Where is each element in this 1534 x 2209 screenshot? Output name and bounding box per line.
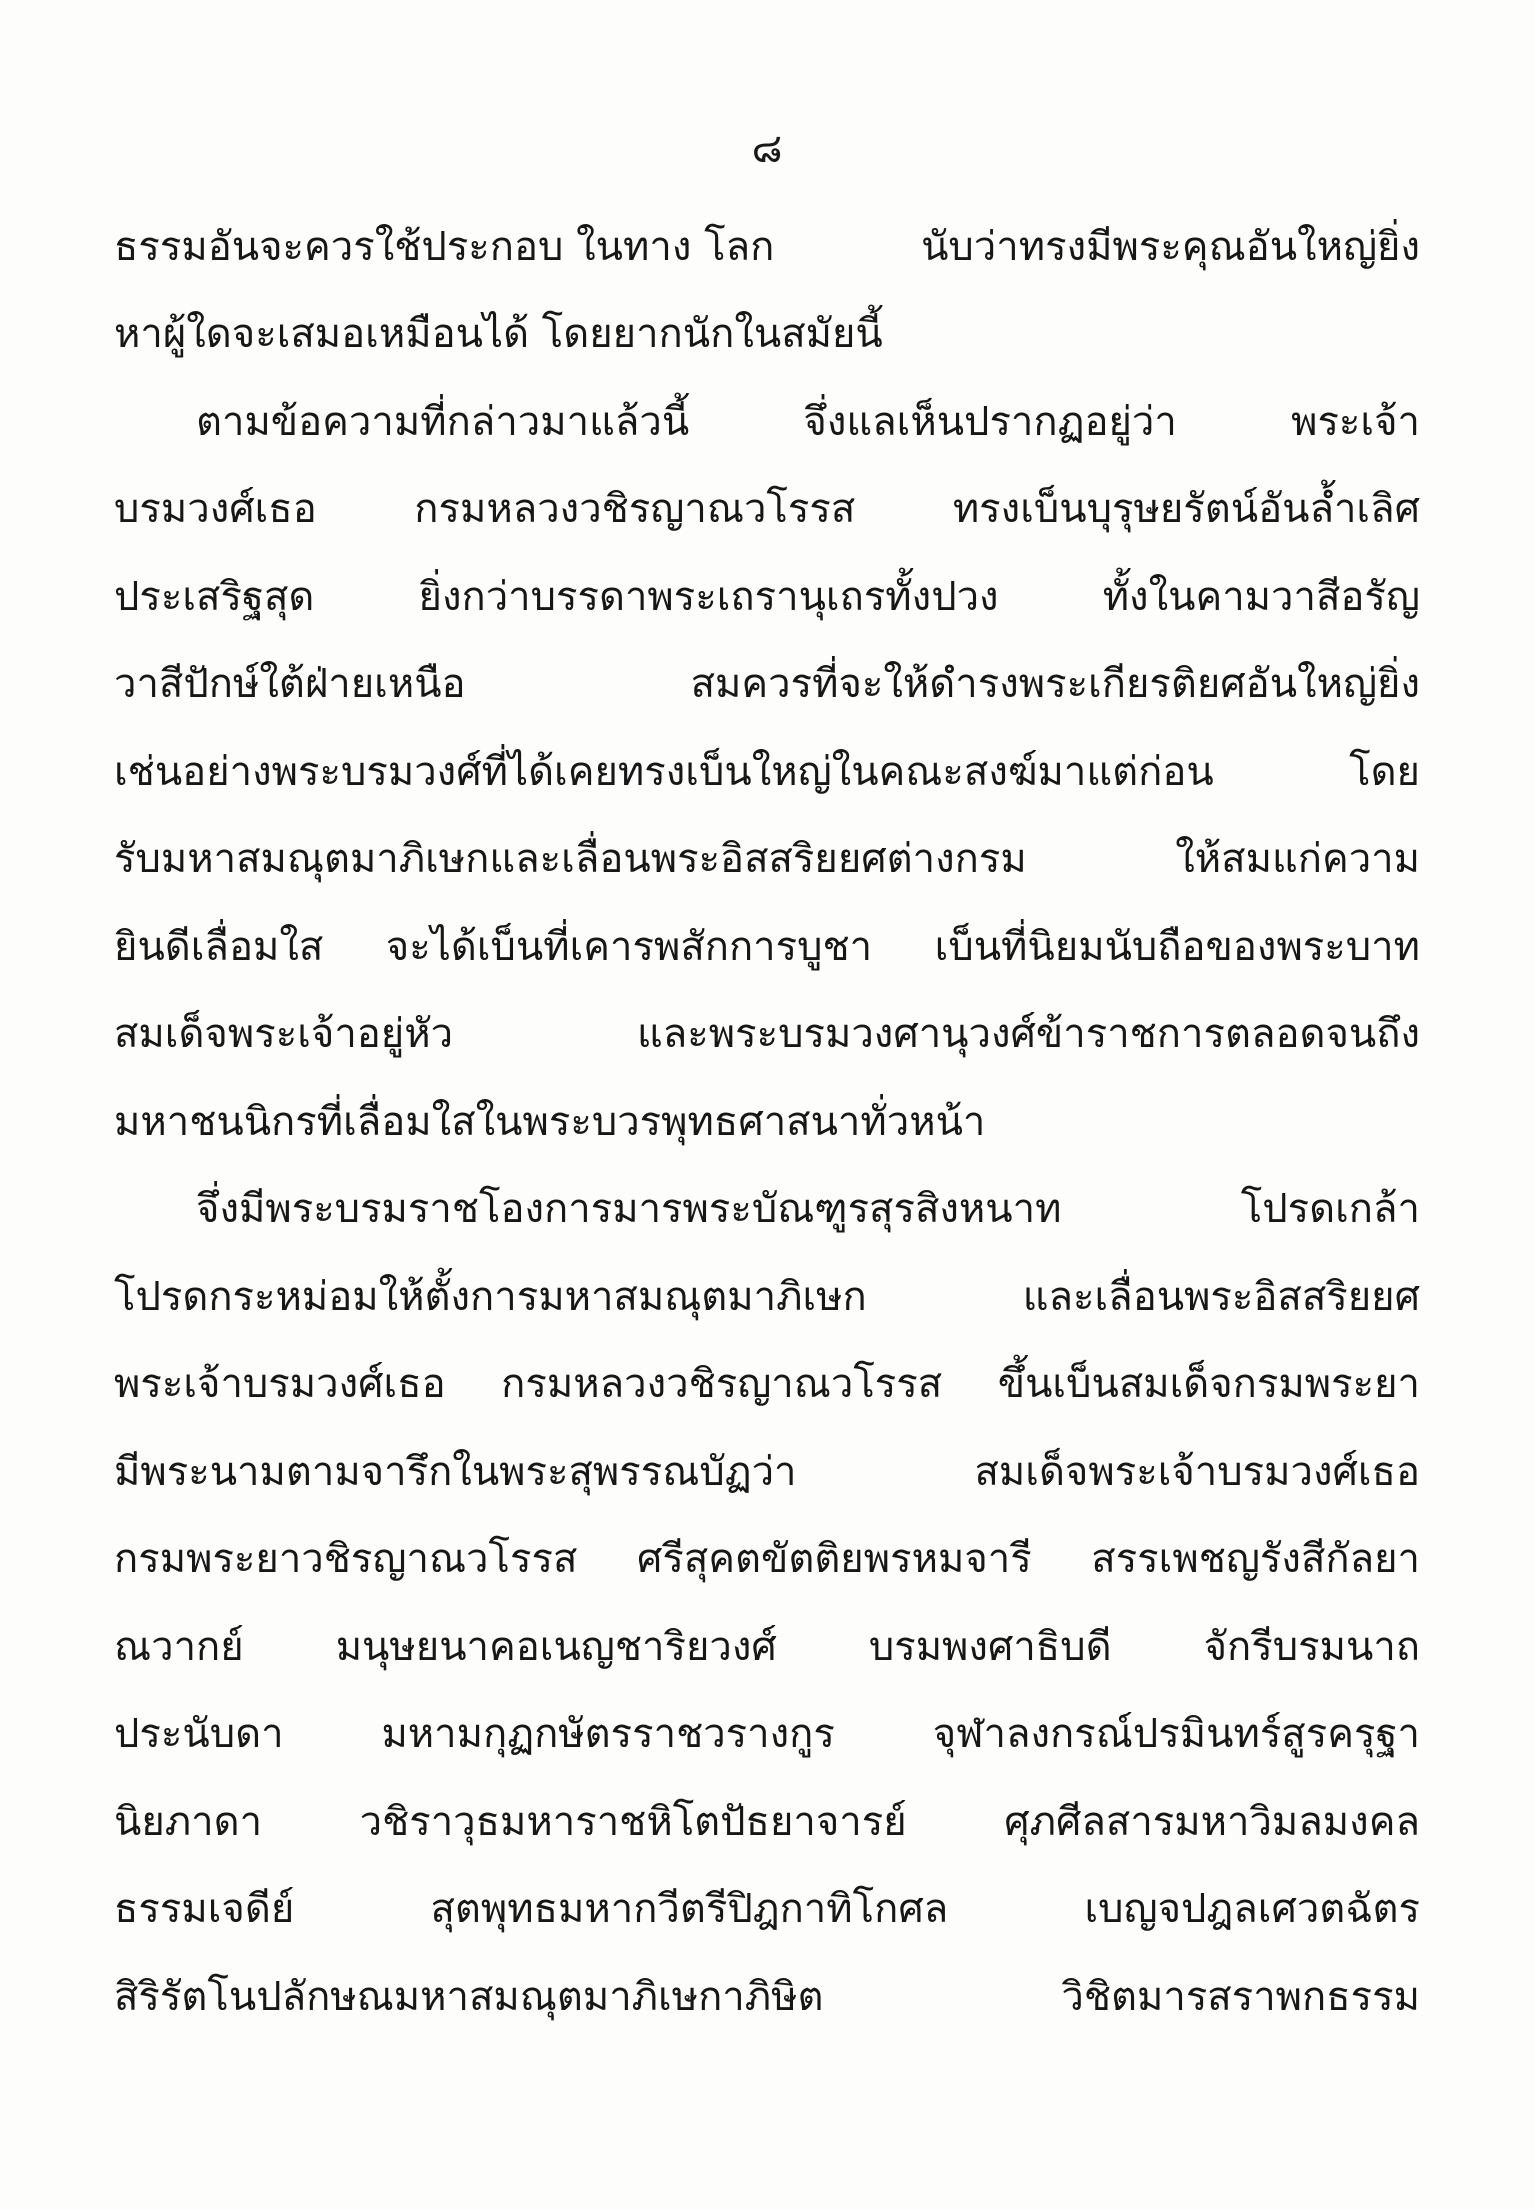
text-line: พระเจ้าบรมวงศ์เธอกรมหลวงวชิรญาณวโรรสขึ้น… [114, 1340, 1420, 1428]
text-segment: สรรเพชญรังสีกัลยา [1091, 1526, 1420, 1590]
text-segment: วาสีปักษ์ใต้ฝ่ายเหนือ [114, 651, 466, 715]
text-line: มีพระนามตามจารึกในพระสุพรรณบัฏว่าสมเด็จพ… [114, 1427, 1420, 1515]
text-segment: ขึ้นเบ็นสมเด็จกรมพระยา [998, 1351, 1420, 1415]
text-segment: โปรดกระหม่อมให้ตั้งการมหาสมณุตมาภิเษก [114, 1264, 867, 1328]
text-segment: นับว่าทรงมีพระคุณอันใหญ่ยิ่ง [921, 214, 1420, 278]
text-segment: มหาชนนิกรที่เลื่อมใสในพระบวรพุทธศาสนาทั่… [114, 1089, 985, 1153]
text-segment: สุตพุทธมหากวีตรีปิฎกาทิโกศล [430, 1876, 948, 1940]
text-segment: สมเด็จพระเจ้าบรมวงศ์เธอ [974, 1439, 1420, 1503]
text-segment: จึ่งมีพระบรมราชโองการมารพระบัณฑูรสุรสิงห… [196, 1176, 1061, 1240]
text-segment: บรมพงศาธิบดี [869, 1614, 1112, 1678]
text-segment: พระเจ้า [1291, 389, 1420, 453]
text-segment: ยิ่งกว่าบรรดาพระเถรานุเถรทั้งปวง [419, 564, 999, 628]
text-line: ประนับดามหามกุฏกษัตรราชวรางกูรจุฬาลงกรณ์… [114, 1690, 1420, 1778]
text-segment: จะได้เบ็นที่เคารพสักการบูชา [386, 914, 872, 978]
text-segment: มหามกุฏกษัตรราชวรางกูร [381, 1701, 834, 1765]
text-segment: โดย [1349, 739, 1420, 803]
text-line: บรมวงศ์เธอกรมหลวงวชิรญาณวโรรสทรงเบ็นบุรุ… [114, 465, 1420, 553]
text-line: หาผู้ใดจะเสมอเหมือนได้ โดยยากนักในสมัยนี… [114, 290, 1420, 378]
text-segment: ณวากย์ [114, 1614, 244, 1678]
text-segment: ประเสริฐสุด [114, 564, 314, 628]
page-number: ๘ [114, 118, 1420, 180]
text-segment: ธรรมอันจะควรใช้ประกอบ ในทาง โลก [114, 214, 774, 278]
text-segment: กรมหลวงวชิรญาณวโรรส [414, 476, 855, 540]
text-segment: วชิราวุธมหาราชหิโตปัธยาจารย์ [360, 1789, 907, 1853]
text-line: ธรรมเจดีย์สุตพุทธมหากวีตรีปิฎกาทิโกศลเบญ… [114, 1865, 1420, 1953]
text-segment: ประนับดา [114, 1701, 284, 1765]
text-line: สิริรัตโนปลักษณมหาสมณุตมาภิเษกาภิษิตวิชิ… [114, 1952, 1420, 2040]
text-segment: จุฬาลงกรณ์ปรมินทร์สูรครุฐา [933, 1701, 1420, 1765]
text-line: กรมพระยาวชิรญาณวโรรสศรีสุคตขัตติยพรหมจาร… [114, 1515, 1420, 1603]
text-segment: วิชิตมารสราพกธรรม [1061, 1964, 1420, 2028]
text-line: เช่นอย่างพระบรมวงศ์ที่ได้เคยทรงเบ็นใหญ่ใ… [114, 727, 1420, 815]
document-page: ๘ ธรรมอันจะควรใช้ประกอบ ในทาง โลกนับว่าท… [0, 0, 1534, 2209]
text-line: มหาชนนิกรที่เลื่อมใสในพระบวรพุทธศาสนาทั่… [114, 1077, 1420, 1165]
text-segment: สมเด็จพระเจ้าอยู่หัว [114, 1001, 453, 1065]
text-line: รับมหาสมณุตมาภิเษกและเลื่อนพระอิสสริยยศต… [114, 815, 1420, 903]
text-segment: ตามข้อความที่กล่าวมาแล้วนี้ [196, 389, 689, 453]
text-line: โปรดกระหม่อมให้ตั้งการมหาสมณุตมาภิเษกและ… [114, 1252, 1420, 1340]
text-line: ณวากย์มนุษยนาคอเนญชาริยวงศ์บรมพงศาธิบดีจ… [114, 1602, 1420, 1690]
text-line: ธรรมอันจะควรใช้ประกอบ ในทาง โลกนับว่าทรง… [114, 202, 1420, 290]
text-segment: กรมพระยาวชิรญาณวโรรส [114, 1526, 577, 1590]
text-segment: บรมวงศ์เธอ [114, 476, 317, 540]
text-segment: นิยภาดา [114, 1789, 262, 1853]
text-segment: มนุษยนาคอเนญชาริยวงศ์ [336, 1614, 777, 1678]
text-line: ตามข้อความที่กล่าวมาแล้วนี้จึ่งแลเห็นปรา… [114, 377, 1420, 465]
text-segment: ศุภศีลสารมหาวิมลมงคล [1004, 1789, 1420, 1853]
body-text: ธรรมอันจะควรใช้ประกอบ ในทาง โลกนับว่าทรง… [114, 202, 1420, 2040]
text-segment: และเลื่อนพระอิสสริยยศ [1023, 1264, 1420, 1328]
text-segment: ธรรมเจดีย์ [114, 1876, 294, 1940]
text-segment: จึ่งแลเห็นปรากฏอยู่ว่า [803, 389, 1176, 453]
text-line: ยินดีเลื่อมใสจะได้เบ็นที่เคารพสักการบูชา… [114, 902, 1420, 990]
text-segment: ศรีสุคตขัตติยพรหมจารี [637, 1526, 1032, 1590]
text-line: จึ่งมีพระบรมราชโองการมารพระบัณฑูรสุรสิงห… [114, 1165, 1420, 1253]
text-segment: หาผู้ใดจะเสมอเหมือนได้ โดยยากนักในสมัยนี… [114, 301, 883, 365]
text-segment: โปรดเกล้า [1241, 1176, 1420, 1240]
text-segment: ทั้งในคามวาสีอรัญ [1103, 564, 1420, 628]
text-segment: เบ็นที่นิยมนับถือของพระบาท [935, 914, 1420, 978]
text-segment: เบญจปฎลเศวตฉัตร [1084, 1876, 1420, 1940]
text-line: ประเสริฐสุดยิ่งกว่าบรรดาพระเถรานุเถรทั้ง… [114, 552, 1420, 640]
text-segment: ทรงเบ็นบุรุษยรัตน์อันล้ำเลิศ [953, 476, 1420, 540]
text-line: นิยภาดาวชิราวุธมหาราชหิโตปัธยาจารย์ศุภศี… [114, 1777, 1420, 1865]
text-segment: สิริรัตโนปลักษณมหาสมณุตมาภิเษกาภิษิต [114, 1964, 823, 2028]
text-segment: พระเจ้าบรมวงศ์เธอ [114, 1351, 446, 1415]
text-line: วาสีปักษ์ใต้ฝ่ายเหนือสมควรที่จะให้ดำรงพร… [114, 640, 1420, 728]
text-segment: ให้สมแก่ความ [1175, 826, 1420, 890]
text-segment: กรมหลวงวชิรญาณวโรรส [501, 1351, 942, 1415]
text-segment: ยินดีเลื่อมใส [114, 914, 323, 978]
text-segment: มีพระนามตามจารึกในพระสุพรรณบัฏว่า [114, 1439, 797, 1503]
text-segment: รับมหาสมณุตมาภิเษกและเลื่อนพระอิสสริยยศต… [114, 826, 1027, 890]
text-segment: สมควรที่จะให้ดำรงพระเกียรติยศอันใหญ่ยิ่ง [691, 651, 1420, 715]
text-segment: เช่นอย่างพระบรมวงศ์ที่ได้เคยทรงเบ็นใหญ่ใ… [114, 739, 1214, 803]
text-segment: จักรีบรมนาถ [1204, 1614, 1420, 1678]
text-segment: และพระบรมวงศานุวงศ์ข้าราชการตลอดจนถึง [637, 1001, 1420, 1065]
text-line: สมเด็จพระเจ้าอยู่หัวและพระบรมวงศานุวงศ์ข… [114, 990, 1420, 1078]
